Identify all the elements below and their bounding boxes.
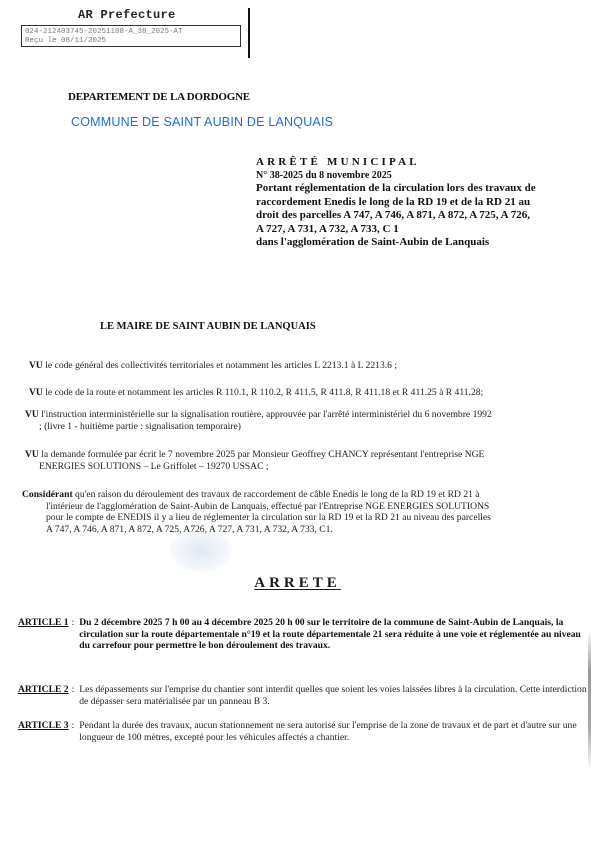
visa-text: le code de la route et notamment les art… — [43, 387, 483, 398]
subject-line: dans l'agglomération de Saint-Aubin de L… — [256, 236, 586, 250]
visa-text: la demande formulée par écrit le 7 novem… — [39, 449, 485, 460]
arrete-heading: ARRETE — [0, 575, 595, 592]
visa-continuation: ; (livre 1 - huitième partie : signalisa… — [25, 421, 590, 433]
article-2: ARTICLE 2 : Les dépassements sur l'empri… — [18, 684, 588, 707]
visa-item: VU le code général des collectivités ter… — [29, 360, 589, 372]
stamp-title: AR Prefecture — [78, 8, 176, 22]
subject-line: Portant réglementation de la circulation… — [256, 182, 586, 196]
article-separator: : — [72, 720, 75, 743]
visa-lead: VU — [29, 360, 43, 371]
commune-heading: COMMUNE DE SAINT AUBIN DE LANQUAIS — [71, 115, 333, 129]
visa-text: le code général des collectivités territ… — [43, 360, 397, 371]
maire-heading: LE MAIRE DE SAINT AUBIN DE LANQUAIS — [100, 321, 316, 332]
considerant-line: A 747, A 746, A 871, A 872, A 725, A726,… — [22, 524, 590, 536]
considerant-paragraph: Considérant qu'en raison du déroulement … — [22, 489, 590, 535]
visa-text: l'instruction interministérielle sur la … — [39, 409, 492, 420]
department-heading: DEPARTEMENT DE LA DORDOGNE — [68, 91, 250, 103]
subject-line: droit des parcelles A 747, A 746, A 871,… — [256, 209, 586, 223]
arrete-subject: Portant réglementation de la circulation… — [256, 182, 586, 250]
arrete-title: ARRÊTÉ MUNICIPAL — [256, 155, 586, 169]
article-text: Du 2 décembre 2025 7 h 00 au 4 décembre … — [79, 617, 588, 652]
article-separator: : — [72, 684, 75, 707]
scan-edge-shadow — [588, 630, 591, 770]
considerant-line: pour le compte de ENEDIS il y a lieu de … — [22, 512, 590, 524]
article-label: ARTICLE 3 — [18, 720, 69, 743]
article-3: ARTICLE 3 : Pendant la durée des travaux… — [18, 720, 588, 743]
arrete-header: ARRÊTÉ MUNICIPAL N° 38-2025 du 8 novembr… — [256, 155, 586, 250]
article-separator: : — [72, 617, 75, 652]
prefecture-stamp: 024-212403745-20251108-A_38_2025-AT Reçu… — [21, 25, 241, 47]
considerant-text: qu'en raison du déroulement des travaux … — [73, 489, 480, 500]
article-label: ARTICLE 2 — [18, 684, 69, 707]
considerant-lead: Considérant — [22, 489, 73, 500]
visa-item: VU la demande formulée par écrit le 7 no… — [25, 449, 590, 472]
municipal-seal — [170, 530, 232, 572]
stamp-divider — [248, 8, 250, 58]
subject-line: raccordement Enedis le long de la RD 19 … — [256, 196, 586, 210]
subject-line: A 727, A 731, A 732, A 733, C 1 — [256, 223, 586, 237]
stamp-received-date: Reçu le 08/11/2025 — [25, 37, 237, 46]
arrete-heading-text: ARRETE — [254, 575, 341, 591]
stamp-reference: 024-212403745-20251108-A_38_2025-AT — [25, 28, 237, 37]
arrete-number: N° 38-2025 du 8 novembre 2025 — [256, 169, 586, 182]
visa-item: VU l'instruction interministérielle sur … — [25, 409, 590, 432]
article-text: Pendant la durée des travaux, aucun stat… — [79, 720, 588, 743]
visa-lead: VU — [25, 409, 39, 420]
visa-lead: VU — [29, 387, 43, 398]
visa-continuation: ENERGIES SOLUTIONS – Le Griffolet – 1927… — [25, 461, 590, 473]
article-label: ARTICLE 1 — [18, 617, 69, 652]
article-1: ARTICLE 1 : Du 2 décembre 2025 7 h 00 au… — [18, 617, 588, 652]
visa-item: VU le code de la route et notamment les … — [29, 387, 589, 399]
considerant-line: l'intérieur de l'agglomération de Saint-… — [22, 501, 590, 513]
visa-lead: VU — [25, 449, 39, 460]
article-text: Les dépassements sur l'emprise du chanti… — [79, 684, 588, 707]
